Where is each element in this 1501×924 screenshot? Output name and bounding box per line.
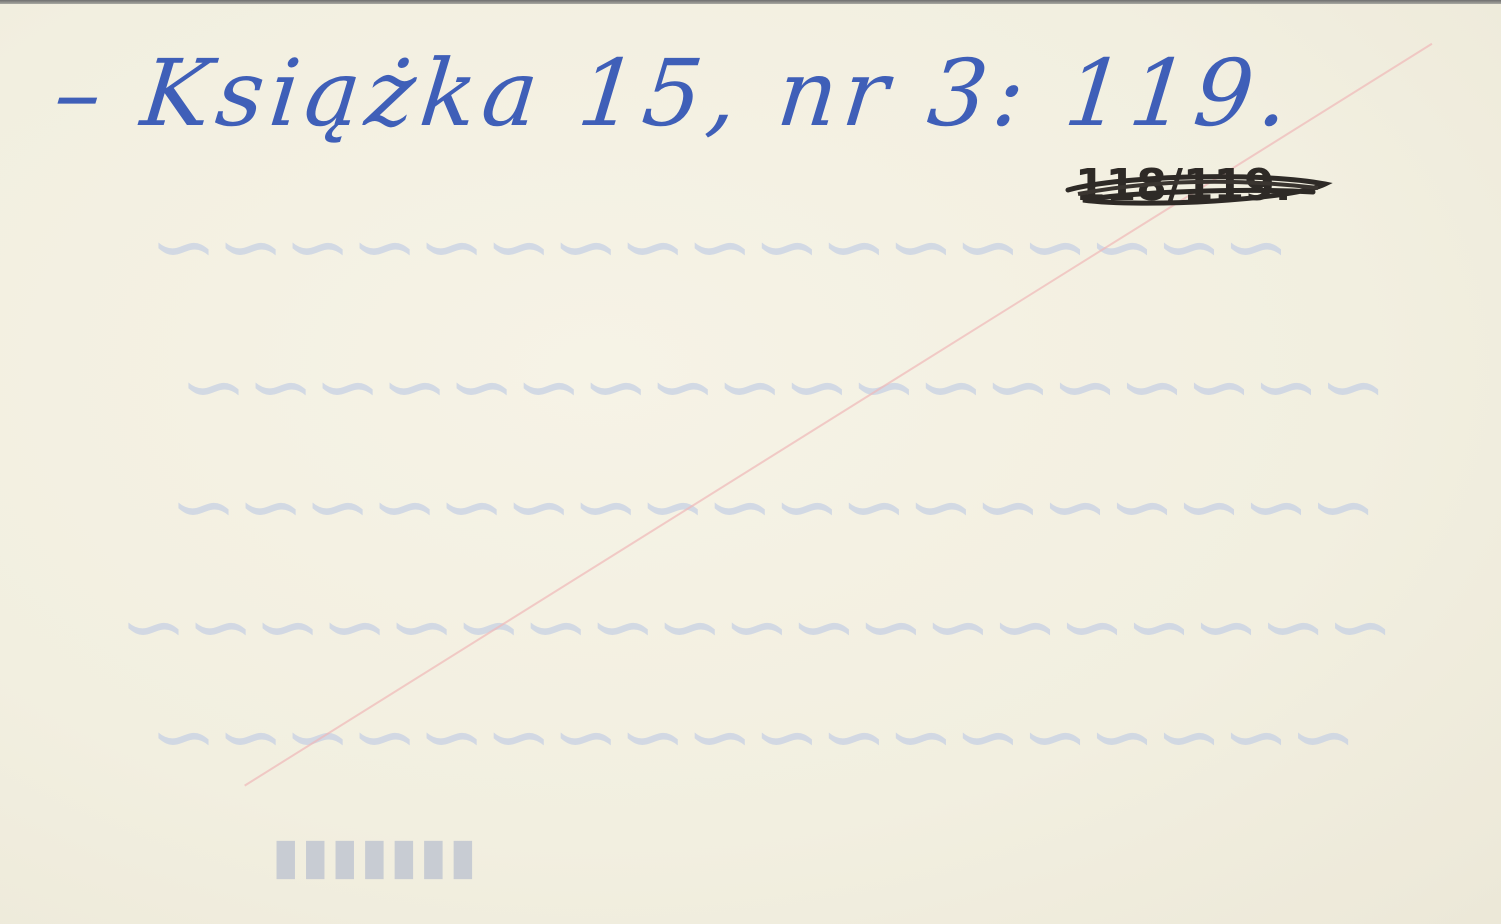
bleed-through-text: ~~~~~~~~~~~~~~~~~~~ [120,580,1394,673]
bleed-through-text: ~~~~~~~~~~~~~~~~~~ [170,460,1377,553]
bleed-through-text: ~~~~~~~~~~~~~~~~~~ [180,340,1387,433]
bleed-through-text: ~~~~~~~~~~~~~~~~~~ [150,690,1357,783]
card-top-edge [0,0,1501,4]
catalog-card: ~~~~~~~~~~~~~~~~~ ~~~~~~~~~~~~~~~~~~ ~~~… [0,0,1501,924]
handwritten-reference: – Książka 15, nr 3: 119. [49,40,1300,147]
struck-out-number: 118/119. [1075,160,1291,211]
reverse-stamp-bleed: ▮▮▮▮▮▮▮ [270,835,477,893]
bleed-through-text: ~~~~~~~~~~~~~~~~~ [150,200,1290,293]
scribble-strikethrough [1063,170,1333,210]
